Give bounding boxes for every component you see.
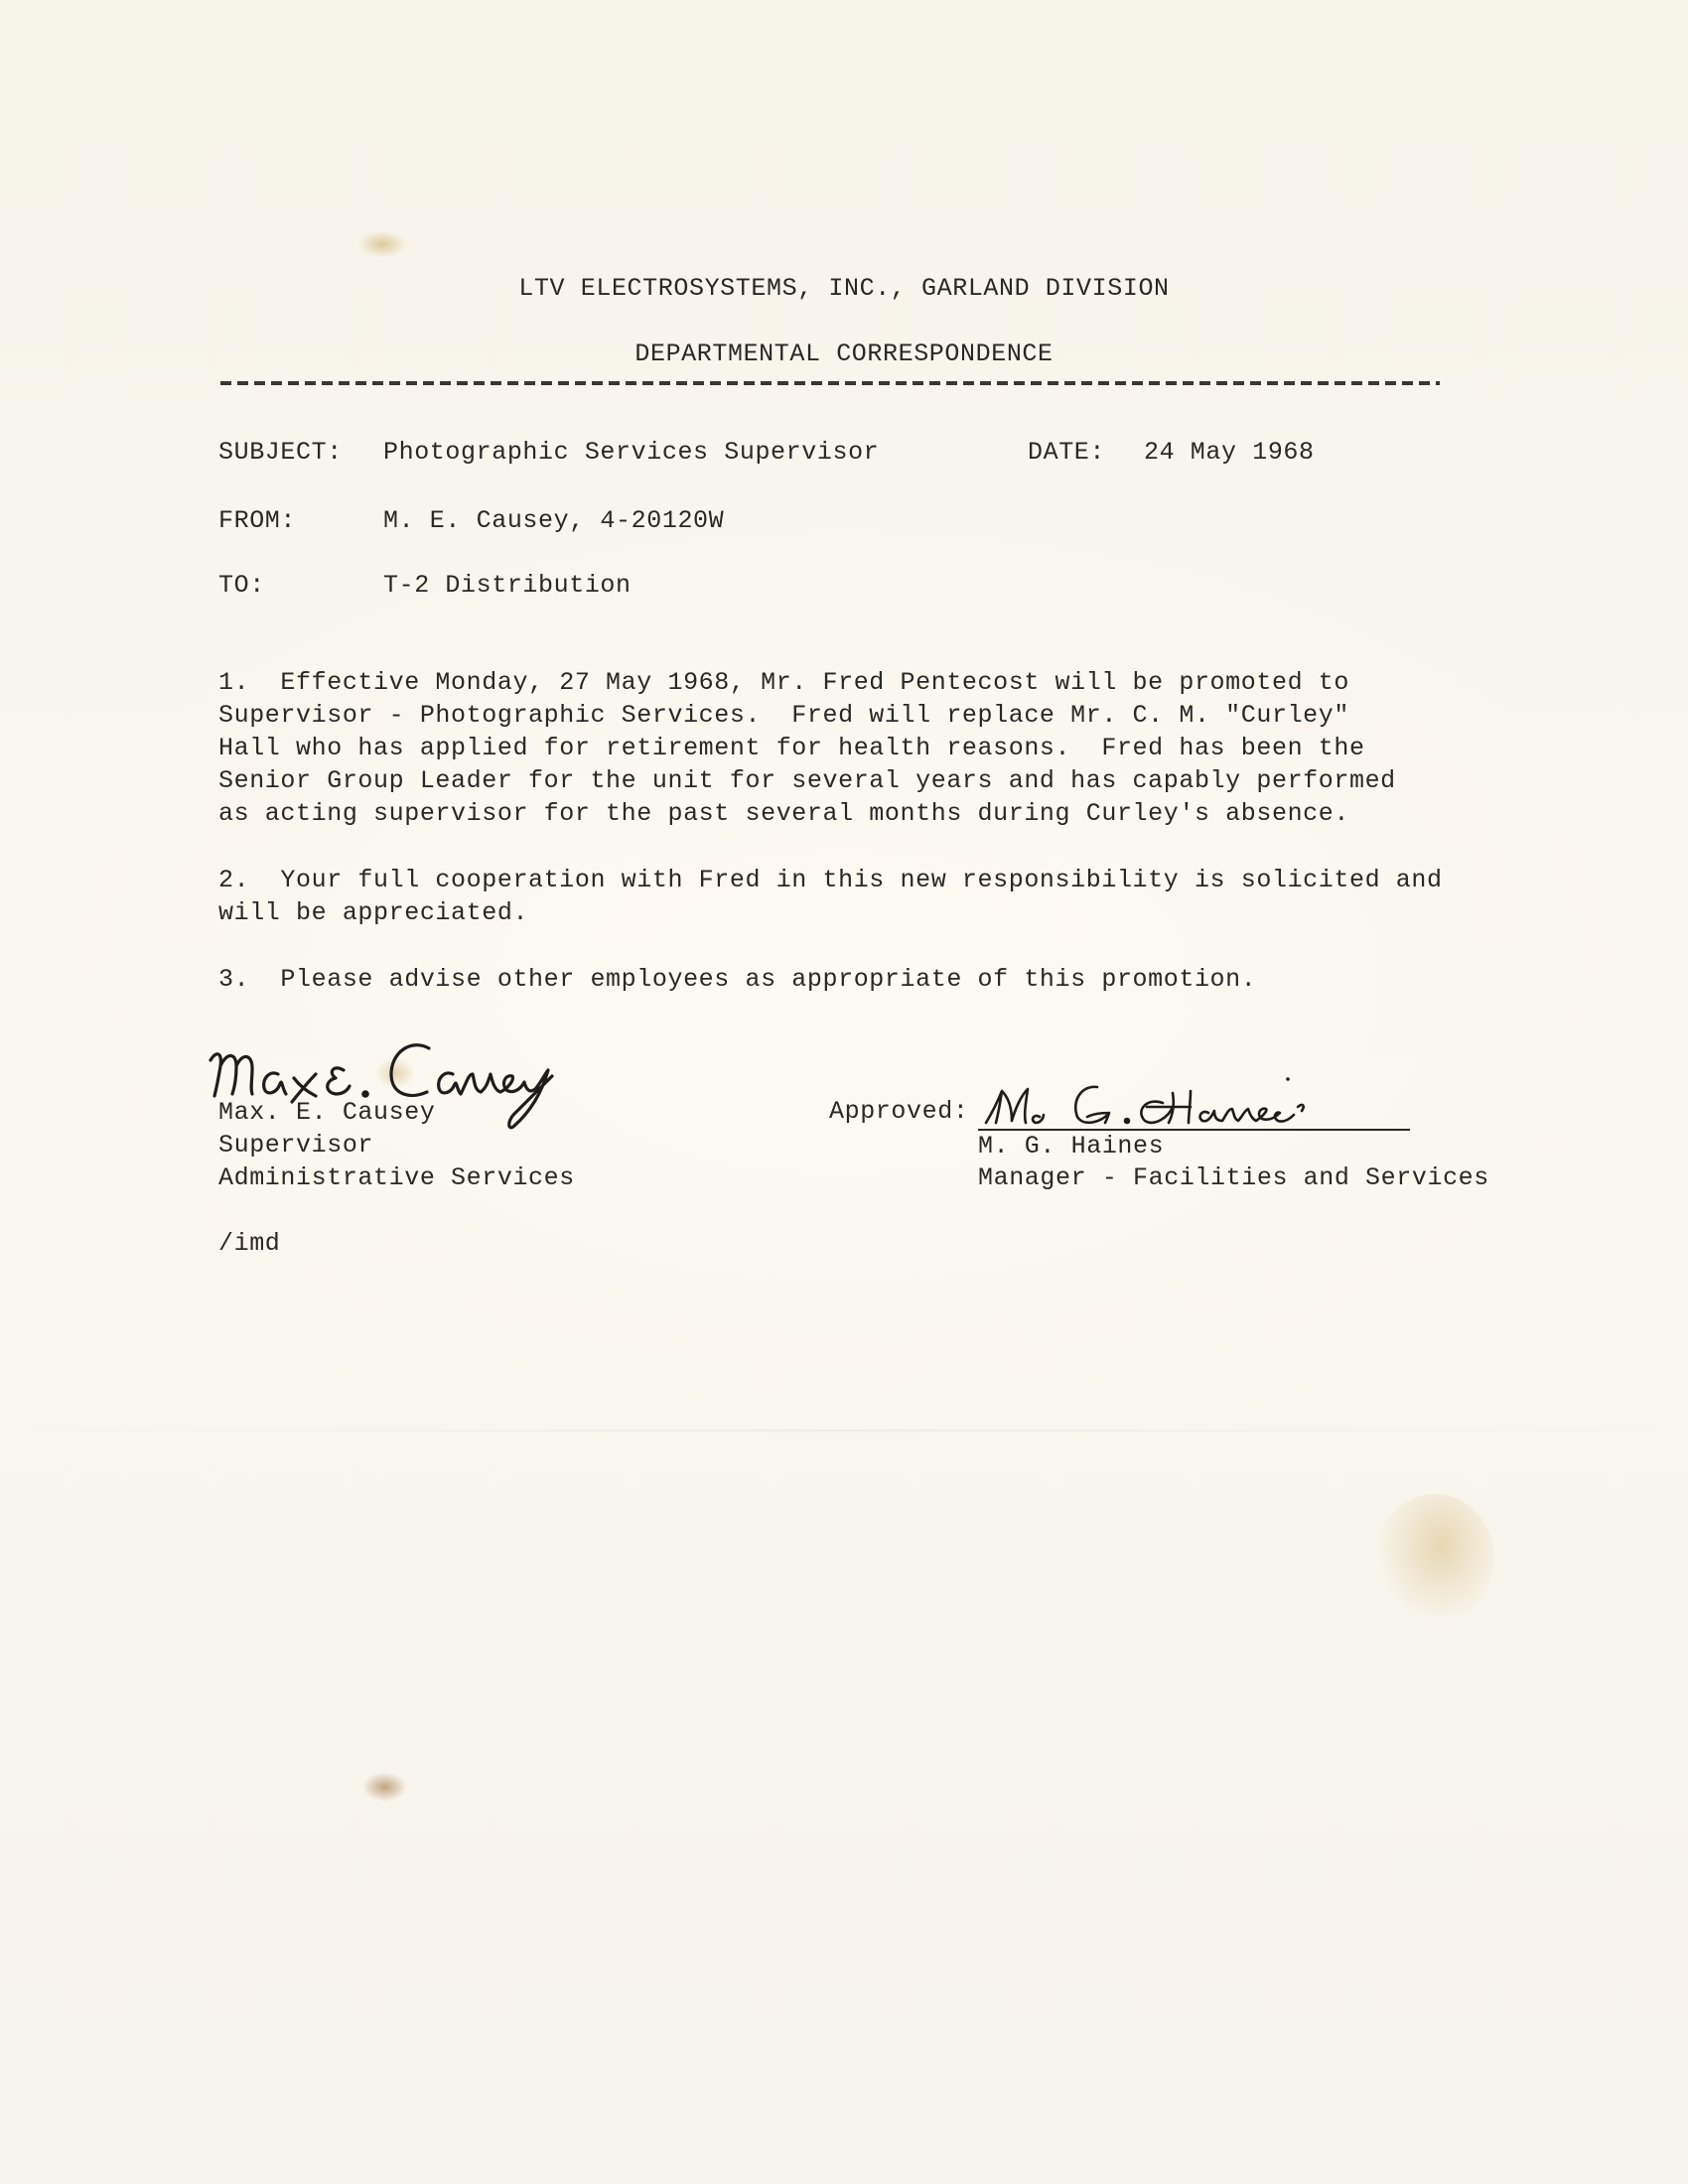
from-value: M. E. Causey, 4-20120W [383,506,724,536]
right-signer-title: Manager - Facilities and Services [978,1163,1489,1193]
haines-signature [978,1077,1415,1133]
left-signer-department: Administrative Services [218,1163,575,1193]
approved-label: Approved: [829,1097,968,1127]
right-signer-name: M. G. Haines [978,1132,1164,1161]
subject-value: Photographic Services Supervisor [383,438,879,468]
company-heading: LTV ELECTROSYSTEMS, INC., GARLAND DIVISI… [0,274,1688,304]
paragraph-line: Senior Group Leader for the unit for sev… [218,766,1396,796]
stain-bottom-right [1375,1494,1494,1623]
paragraph-line: Hall who has applied for retirement for … [218,734,1365,763]
paragraph-line: Supervisor - Photographic Services. Fred… [218,701,1349,731]
paper-fold [0,1430,1688,1432]
to-label: TO: [218,571,265,601]
signature-line [978,1129,1410,1131]
from-label: FROM: [218,506,296,536]
paragraph-line: as acting supervisor for the past severa… [218,799,1349,829]
stain-bottom-left [362,1772,407,1802]
paragraph-line: 2. Your full cooperation with Fred in th… [218,866,1443,895]
paragraph-line: will be appreciated. [218,898,528,928]
left-signer-title: Supervisor [218,1131,373,1160]
typist-initials: /imd [218,1229,280,1259]
date-label: DATE: [1028,438,1105,468]
paragraph-line: 3. Please advise other employees as appr… [218,965,1256,995]
subject-label: SUBJECT: [218,438,343,468]
to-value: T-2 Distribution [383,571,632,601]
document-type-heading: DEPARTMENTAL CORRESPONDENCE [0,340,1688,369]
date-value: 24 May 1968 [1144,438,1315,468]
left-signer-name: Max. E. Causey [218,1098,435,1128]
stain-top-left [357,230,407,258]
dashed-divider [220,381,1440,385]
paragraph-line: 1. Effective Monday, 27 May 1968, Mr. Fr… [218,668,1349,698]
